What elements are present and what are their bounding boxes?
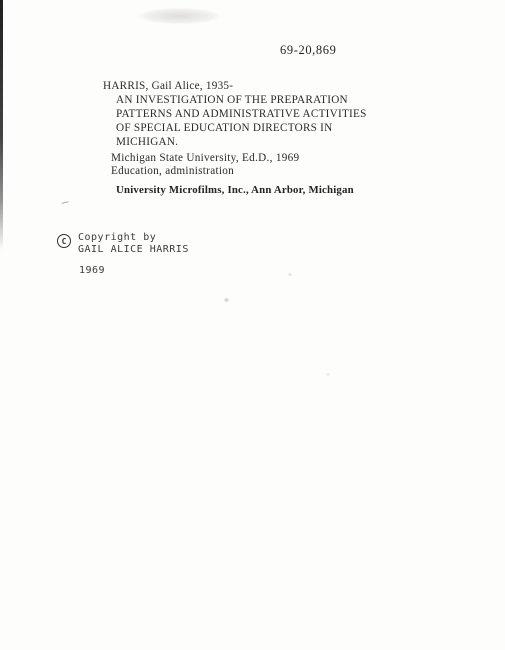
scan-speck bbox=[224, 298, 229, 302]
scan-speck bbox=[326, 373, 330, 376]
institution-line: Michigan State University, Ed.D., 1969 bbox=[111, 152, 299, 165]
copyright-by-line: Copyright by bbox=[78, 232, 189, 244]
publisher-line: University Microfilms, Inc., Ann Arbor, … bbox=[116, 184, 354, 196]
citation-block: HARRIS, Gail Alice, 1935- AN INVESTIGATI… bbox=[103, 79, 367, 149]
copyright-symbol-icon: C bbox=[57, 234, 71, 248]
order-number: 69-20,869 bbox=[280, 43, 336, 58]
author-line: HARRIS, Gail Alice, 1935- bbox=[103, 79, 367, 93]
copyright-lines: Copyright by GAIL ALICE HARRIS bbox=[78, 232, 189, 256]
dissertation-title-line: MICHIGAN. bbox=[116, 135, 367, 149]
scanned-dissertation-title-page: 69-20,869 HARRIS, Gail Alice, 1935- AN I… bbox=[0, 0, 505, 650]
scan-pen-tick bbox=[61, 201, 69, 208]
copyright-year: 1969 bbox=[79, 265, 105, 276]
subject-line: Education, administration bbox=[111, 165, 299, 178]
copyright-block: C Copyright by GAIL ALICE HARRIS bbox=[57, 232, 189, 256]
scan-speck bbox=[288, 273, 292, 276]
dissertation-title-line: OF SPECIAL EDUCATION DIRECTORS IN bbox=[116, 121, 367, 135]
institution-block: Michigan State University, Ed.D., 1969 E… bbox=[111, 152, 299, 178]
dissertation-title-line: PATTERNS AND ADMINISTRATIVE ACTIVITIES bbox=[116, 107, 367, 121]
dissertation-title-line: AN INVESTIGATION OF THE PREPARATION bbox=[116, 93, 367, 107]
scan-smudge bbox=[138, 8, 220, 24]
copyright-holder-line: GAIL ALICE HARRIS bbox=[78, 244, 189, 256]
scan-edge-artifact bbox=[0, 0, 3, 250]
